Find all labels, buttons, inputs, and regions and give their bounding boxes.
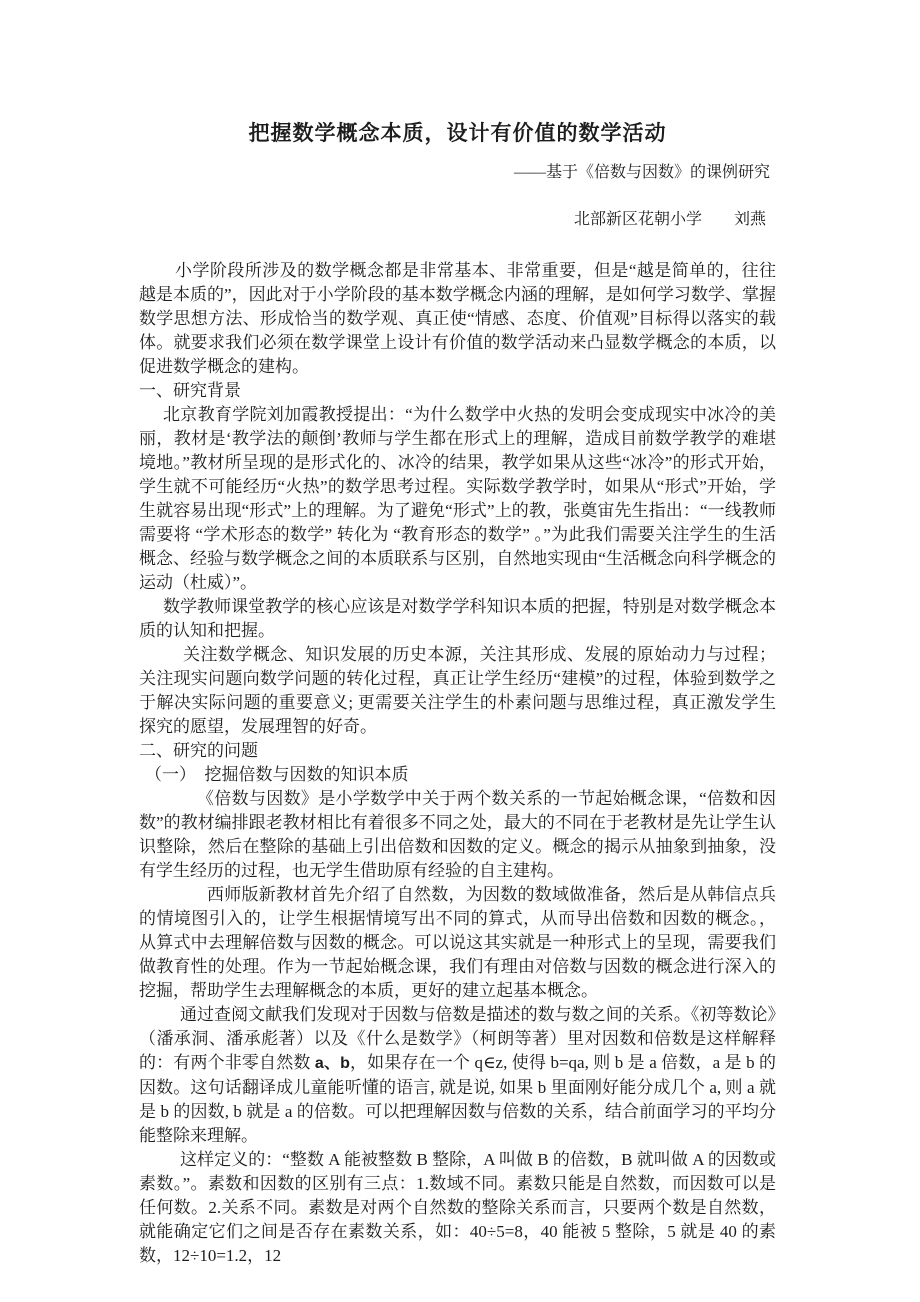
document-body: 小学阶段所涉及的数学概念都是非常基本、非常重要，但是“越是简单的，往往越是本质的… bbox=[139, 259, 776, 1268]
document-page: 把握数学概念本质，设计有价值的数学活动 ——基于《倍数与因数》的课例研究 北部新… bbox=[0, 0, 920, 1302]
text-run: 北京教育学院刘加霞教授提出：“为什么数学中火热的发明会变成现实中冰冷的美丽，教材… bbox=[139, 405, 776, 592]
text-run: 一、研究背景 bbox=[139, 381, 241, 400]
document-subtitle: ——基于《倍数与因数》的课例研究 bbox=[139, 162, 776, 184]
text-run: 二、研究的问题 bbox=[139, 741, 258, 760]
paragraph: 《倍数与因数》是小学数学中关于两个数关系的一节起始概念课，“倍数和因数”的教材编… bbox=[139, 787, 776, 883]
paragraph: 通过查阅文献我们发现对于因数与倍数是描述的数与数之间的关系。《初等数论》（潘承洞… bbox=[139, 1003, 776, 1148]
text-run: 这样定义的：“整数 A 能被整数 B 整除，A 叫做 B 的倍数，B 就叫做 A… bbox=[139, 1150, 776, 1265]
text-run: 数学教师课堂教学的核心应该是对数学学科知识本质的把握，特别是对数学概念本质的认知… bbox=[139, 597, 776, 640]
text-run: 小学阶段所涉及的数学概念都是非常基本、非常重要，但是“越是简单的，往往越是本质的… bbox=[139, 261, 776, 376]
paragraph: 西师版新教材首先介绍了自然数，为因数的数域做准备，然后是从韩信点兵的情境图引入的… bbox=[139, 883, 776, 1003]
paragraph: 这样定义的：“整数 A 能被整数 B 整除，A 叫做 B 的倍数，B 就叫做 A… bbox=[139, 1148, 776, 1268]
paragraph: 北京教育学院刘加霞教授提出：“为什么数学中火热的发明会变成现实中冰冷的美丽，教材… bbox=[139, 403, 776, 595]
text-run: a、b bbox=[315, 1055, 350, 1072]
text-run: 《倍数与因数》是小学数学中关于两个数关系的一节起始概念课，“倍数和因数”的教材编… bbox=[139, 789, 776, 880]
text-run: 西师版新教材首先介绍了自然数，为因数的数域做准备，然后是从韩信点兵的情境图引入的… bbox=[139, 885, 776, 1000]
paragraph: 小学阶段所涉及的数学概念都是非常基本、非常重要，但是“越是简单的，往往越是本质的… bbox=[139, 259, 776, 379]
author-line: 北部新区花朝小学 刘燕 bbox=[139, 209, 776, 231]
document-text-block: 把握数学概念本质，设计有价值的数学活动 ——基于《倍数与因数》的课例研究 北部新… bbox=[139, 118, 776, 1268]
section-heading: 一、研究背景 bbox=[139, 379, 776, 403]
paragraph: 数学教师课堂教学的核心应该是对数学学科知识本质的把握，特别是对数学概念本质的认知… bbox=[139, 595, 776, 643]
text-run: （一） 挖掘倍数与因数的知识本质 bbox=[145, 765, 409, 784]
document-title: 把握数学概念本质，设计有价值的数学活动 bbox=[139, 118, 776, 148]
section-heading: （一） 挖掘倍数与因数的知识本质 bbox=[139, 763, 776, 787]
section-heading: 二、研究的问题 bbox=[139, 739, 776, 763]
text-run: 关注数学概念、知识发展的历史本源，关注其形成、发展的原始动力与过程；关注现实问题… bbox=[139, 645, 776, 736]
paragraph: 关注数学概念、知识发展的历史本源，关注其形成、发展的原始动力与过程；关注现实问题… bbox=[139, 643, 776, 739]
